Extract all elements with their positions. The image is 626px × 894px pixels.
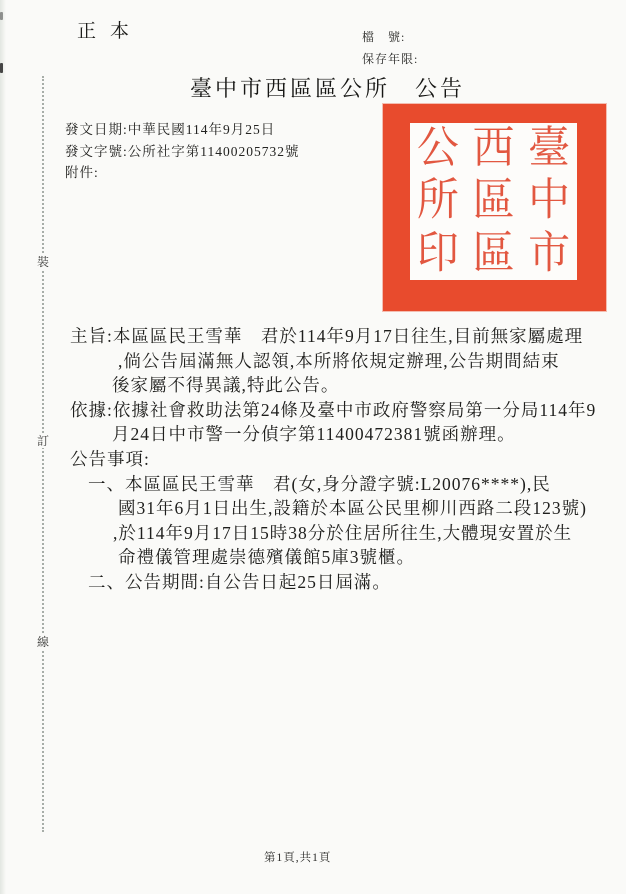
document-meta: 發文日期:中華民國114年9月25日 發文字號:公所社字第11400205732… — [65, 119, 300, 184]
page-footer: 第1頁,共1頁 — [264, 849, 331, 865]
seal-character: 印 — [417, 232, 459, 276]
doc-number-line: 發文字號:公所社字第11400205732號 — [65, 141, 300, 163]
subject-line: 後家屬不得異議,特此公告。 — [70, 373, 605, 398]
official-red-seal: 臺 中 市 西 區 區 公 所 印 — [383, 104, 606, 311]
seal-character: 中 — [528, 179, 570, 223]
basis-line: 依據:依據社會救助法第24條及臺中市政府警察局第一分局114年9 — [70, 398, 605, 423]
seal-character: 市 — [528, 232, 570, 276]
seal-character: 臺 — [528, 127, 570, 171]
binding-mark-ding: 訂 — [35, 434, 51, 448]
basis-line: 月24日中市警一分偵字第11400472381號函辦理。 — [70, 422, 605, 447]
item-2-line: 二、公告期間:自公告日起25日屆滿。 — [70, 570, 605, 595]
attachment-line: 附件: — [65, 162, 300, 184]
retention-period-label: 保存年限: — [362, 50, 418, 67]
announcement-body: 主旨:本區區民王雪華 君於114年9月17日往生,目前無家屬處理 ,倘公告屆滿無… — [70, 324, 605, 595]
copy-type-label: 正本 — [77, 16, 143, 43]
seal-character: 區 — [473, 232, 515, 276]
subject-line: 主旨:本區區民王雪華 君於114年9月17日往生,目前無家屬處理 — [70, 324, 605, 349]
issue-date-line: 發文日期:中華民國114年9月25日 — [65, 119, 300, 141]
binding-mark-zhuang: 裝 — [35, 255, 51, 269]
seal-character: 所 — [417, 179, 459, 223]
binding-dotted-line — [42, 76, 44, 832]
seal-character: 西 — [473, 127, 515, 171]
item-1-line: 命禮儀管理處崇德殯儀館5庫3號櫃。 — [70, 545, 605, 570]
subject-line: ,倘公告屆滿無人認領,本所將依規定辦理,公告期間結束 — [70, 349, 605, 374]
scan-artifact — [0, 12, 3, 20]
scan-edge-shadow — [0, 0, 6, 894]
items-heading: 公告事項: — [70, 447, 605, 472]
item-1-line: 一、本區區民王雪華 君(女,身分證字號:L20076****),民 — [70, 472, 605, 497]
document-title: 臺中市西區區公所 公告 — [190, 72, 465, 103]
file-number-label: 檔 號: — [362, 28, 405, 45]
seal-character: 區 — [473, 179, 515, 223]
item-1-line: 國31年6月1日出生,設籍於本區公民里柳川西路二段123號) — [70, 496, 605, 521]
binding-mark-xian: 線 — [35, 635, 51, 649]
item-1-line: ,於114年9月17日15時38分於住居所往生,大體現安置於生 — [70, 521, 605, 546]
scanned-document-page: 正本 檔 號: 保存年限: 臺中市西區區公所 公告 發文日期:中華民國114年9… — [0, 0, 626, 894]
scan-artifact — [0, 63, 3, 73]
seal-character: 公 — [417, 127, 459, 171]
seal-inner-face: 臺 中 市 西 區 區 公 所 印 — [410, 123, 577, 280]
